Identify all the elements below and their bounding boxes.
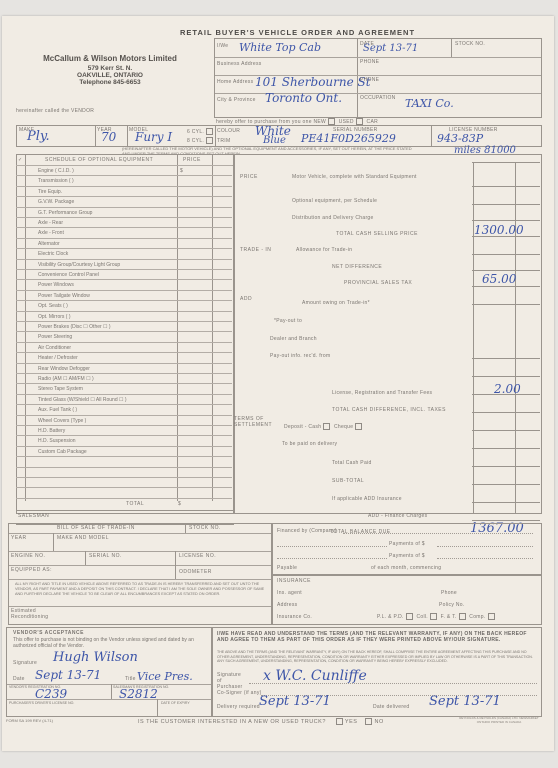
equipment-label: Rear Window Defogger <box>38 366 90 372</box>
vendor-signature[interactable]: Hugh Wilson <box>53 650 138 665</box>
line-insurance: If applicable ADD Insurance <box>332 496 402 502</box>
equipment-label: G.T. Performance Group <box>38 210 92 216</box>
each-month-label: of each month, commencing <box>371 565 441 571</box>
vehicle-year[interactable]: 70 <box>101 130 116 144</box>
equipment-label: Opt. Mirrors ( ) <box>38 314 71 320</box>
line-optional: Optional equipment, per Schedule <box>292 198 377 204</box>
schedule-total-label: TOTAL <box>126 501 144 507</box>
salesman-label: SALESMAN <box>18 513 49 519</box>
equipment-row[interactable] <box>16 487 232 498</box>
equipment-row[interactable] <box>16 477 232 488</box>
vendor-date[interactable]: Sept 13-71 <box>35 668 101 682</box>
stock-label: STOCK NO. <box>455 41 485 47</box>
city-province[interactable]: Toronto Ont. <box>265 91 342 105</box>
line-net-difference: NET DIFFERENCE <box>332 264 382 270</box>
line-total-cash-diff: TOTAL CASH DIFFERENCE, INCL. TAXES <box>332 407 446 413</box>
vehicle-row: MAKE Ply. YEAR 70 MODEL Fury I 6 CYL. 8 … <box>16 125 542 147</box>
payable-label: Payable <box>277 565 297 571</box>
vehicle-model[interactable]: Fury I <box>135 130 172 144</box>
offer-text: hereby offer to purchase from you one NE… <box>216 118 378 125</box>
pricing-grid-line <box>472 204 540 205</box>
equipment-row[interactable]: Opt. Seats ( ) <box>16 300 232 311</box>
check-column-header: ✓ <box>18 157 23 163</box>
pricing-grid-line <box>472 466 540 467</box>
trade-in-header: BILL OF SALE OF TRADE-IN <box>57 525 135 531</box>
equipment-label: Heater / Defroster <box>38 355 78 361</box>
pricing-grid-line <box>472 376 540 377</box>
equipment-label: Stereo Tape System <box>38 386 83 392</box>
equipment-row[interactable]: Alternator <box>16 238 232 249</box>
vehicle-make[interactable]: Ply. <box>27 129 50 144</box>
total-cash-value[interactable]: 1300.00 <box>474 223 524 237</box>
section-price: PRICE <box>240 174 258 180</box>
equipment-row[interactable]: Power Steering <box>16 331 232 342</box>
pricing-grid-line <box>472 448 540 449</box>
vehicle-order-form: RETAIL BUYER'S VEHICLE ORDER AND AGREEME… <box>2 16 554 751</box>
dealer-address: 579 Kerr St. N. <box>20 65 200 72</box>
eight-cyl-checkbox[interactable] <box>206 137 213 144</box>
equipment-row[interactable]: Power Brakes (Disc ☐ Other ☐ ) <box>16 321 232 332</box>
line-owing: Amount owing on Trade-in* <box>302 300 370 306</box>
price-dollar-sign: $ <box>180 168 183 174</box>
pricing-grid-line <box>472 484 540 485</box>
line-distribution: Distribution and Delivery Charge <box>292 215 374 221</box>
vendor-title-label: Title <box>125 676 136 682</box>
equipment-row[interactable]: H.D. Battery <box>16 425 232 436</box>
serial-number[interactable]: PE41F0D265929 <box>301 132 396 145</box>
equipment-label: Tinted Glass (W/Shield ☐ All Round ☐ ) <box>38 397 127 403</box>
equipment-row[interactable]: Radio (AM ☐ AM/FM ☐ ) <box>16 373 232 384</box>
line-dealer-branch: Dealer and Branch <box>270 336 317 342</box>
odometer-label: ODOMETER <box>179 569 212 575</box>
reconditioning-label: Estimated Reconditioning <box>11 608 51 620</box>
equipment-row[interactable]: Heater / Defroster <box>16 352 232 363</box>
dealer-block: McCallum & Wilson Motors Limited 579 Ker… <box>20 54 200 86</box>
trade-serial-label: SERIAL NO. <box>89 553 122 559</box>
insurance-coverage-options: P.L. & P.D. Coll. F. & T. Comp. <box>377 613 497 620</box>
equipment-row[interactable]: Axle - Rear <box>16 217 232 228</box>
equipment-row[interactable]: Wheel Covers (Type ) <box>16 415 232 426</box>
trim-label: TRIM <box>217 138 230 144</box>
ins-agent-label: Ins. agent <box>277 590 302 596</box>
printer-note: REYNOLDS & REYNOLDS (CANADA) LTD. NEWMAR… <box>454 716 544 724</box>
home-address-label: Home Address <box>217 79 253 85</box>
vehicle-trim[interactable]: Blue <box>263 135 286 146</box>
equipment-row[interactable] <box>16 467 232 478</box>
eight-cyl-option: 8 CYL. <box>187 137 215 144</box>
equipment-label: H.D. Suspension <box>38 438 76 444</box>
dealer-phone: Telephone 845-6653 <box>20 79 200 86</box>
equipment-label: Radio (AM ☐ AM/FM ☐ ) <box>38 376 94 382</box>
agreement-fine-print: THE ABOVE AND THE TERMS (AND THE RELEVAN… <box>217 650 537 664</box>
equipment-label: Power Steering <box>38 334 72 340</box>
cheque-checkbox[interactable] <box>355 423 362 430</box>
equipment-row[interactable]: Power Windows <box>16 279 232 290</box>
truck-yes-checkbox[interactable] <box>336 718 343 725</box>
fire-theft-checkbox[interactable] <box>459 613 466 620</box>
equipment-label: Axle - Front <box>38 230 64 236</box>
purchaser-signature-label: Signature of Purchaser <box>217 672 247 690</box>
colour-label: COLOUR <box>217 128 240 134</box>
delivery-required[interactable]: Sept 13-71 <box>259 694 331 709</box>
pricing-grid-line <box>472 162 540 163</box>
pricing-grid-line <box>472 186 540 187</box>
business-address-label: Business Address <box>217 61 262 67</box>
trade-equipped-label: EQUIPPED AS: <box>11 567 52 573</box>
occupation[interactable]: TAXI Co. <box>405 97 454 110</box>
six-cyl-option: 6 CYL. <box>187 128 215 135</box>
purchaser-signature[interactable]: x W.C. Cunliffe <box>263 668 367 684</box>
equipment-label: Electric Clock <box>38 251 68 257</box>
delivery-required-label: Delivery required <box>217 704 260 710</box>
salesman-reg[interactable]: S2812 <box>119 687 158 701</box>
collision-checkbox[interactable] <box>430 613 437 620</box>
equipment-row[interactable] <box>16 456 232 467</box>
line-total-paid: Total Cash Paid <box>332 460 372 466</box>
vendor-note: hereinafter called the VENDOR <box>16 108 94 114</box>
equipment-row[interactable]: Tire Equip. <box>16 186 232 197</box>
pricing-grid-line <box>472 502 540 503</box>
equipment-row[interactable]: Stereo Tape System <box>16 383 232 394</box>
occupation-label: OCCUPATION <box>360 95 396 101</box>
price-header: PRICE <box>183 157 201 163</box>
line-sales-tax: PROVINCIAL SALES TAX <box>344 280 412 286</box>
six-cyl-checkbox[interactable] <box>206 128 213 135</box>
drivers-license-label: PURCHASER'S DRIVER'S LICENSE NO. <box>9 701 74 705</box>
schedule-total-dollar: $ <box>178 501 181 507</box>
insurance-header: INSURANCE <box>277 578 311 584</box>
equipment-row[interactable]: Convenience Control Panel <box>16 269 232 280</box>
expiry-label: DATE OF EXPIRY <box>161 701 190 705</box>
date-delivered-label: Date delivered <box>373 704 409 710</box>
section-add: ADD <box>240 296 252 302</box>
equipment-label: Visibility Group/Courtesy Light Group <box>38 262 120 268</box>
equipment-row[interactable]: H.D. Suspension <box>16 435 232 446</box>
city-label: City & Province <box>217 97 256 103</box>
vendor-acceptance: VENDOR'S ACCEPTANCE This offer to purcha… <box>6 627 212 717</box>
phone-label-1: PHONE <box>360 59 379 65</box>
equipment-row[interactable]: Engine ( C.I.D. )$ <box>16 165 232 176</box>
pricing-grid-line <box>472 270 540 271</box>
line-subtotal: SUB-TOTAL <box>332 478 364 484</box>
order-date[interactable]: Sept 13-71 <box>363 43 418 54</box>
equipment-row[interactable] <box>16 498 232 509</box>
ins-company-label: Insurance Co. <box>277 614 312 620</box>
equipment-label: Power Brakes (Disc ☐ Other ☐ ) <box>38 324 111 330</box>
payments-label-1: Payments of $ <box>389 541 425 547</box>
pl-pd-checkbox[interactable] <box>406 613 413 620</box>
truck-no-checkbox[interactable] <box>365 718 372 725</box>
equipment-row[interactable]: Air Conditioner <box>16 342 232 353</box>
pricing-grid-line <box>472 358 540 359</box>
pricing-grid-line <box>472 430 540 431</box>
equipment-row[interactable]: Electric Clock <box>16 248 232 259</box>
truck-question: IS THE CUSTOMER INTERESTED IN A NEW OR U… <box>138 718 384 725</box>
trade-stock-label: STOCK NO. <box>189 525 221 531</box>
home-address[interactable]: 101 Sherbourne St <box>255 75 371 89</box>
license-fees-value[interactable]: 2.00 <box>494 382 521 396</box>
equipment-label: Wheel Covers (Type ) <box>38 418 86 424</box>
dealer-city: OAKVILLE, ONTARIO <box>20 72 200 79</box>
equipment-label: Air Conditioner <box>38 345 71 351</box>
equipment-row[interactable]: Tinted Glass (W/Shield ☐ All Round ☐ ) <box>16 394 232 405</box>
equipment-label: Alternator <box>38 241 60 247</box>
equipment-row[interactable]: Power Tailgate Window <box>16 290 232 301</box>
line-on-delivery: To be paid on delivery <box>282 441 337 447</box>
equipment-label: Axle - Rear <box>38 220 63 226</box>
vendor-signature-label: Signature <box>13 660 37 666</box>
ins-phone-label: Phone <box>441 590 457 596</box>
line-payout-info: Pay-out info. rec'd. from <box>270 353 330 359</box>
trade-legal: ALL MY RIGHT AND TITLE IN USED VEHICLE A… <box>15 582 267 597</box>
line-license-fees: License, Registration and Transfer Fees <box>332 390 432 396</box>
vendor-title[interactable]: Vice Pres. <box>137 670 193 683</box>
line-total-cash: TOTAL CASH SELLING PRICE <box>336 231 418 237</box>
equipment-label: Transmission ( ) <box>38 178 74 184</box>
equipment-label: Power Tailgate Window <box>38 293 90 299</box>
new-checkbox[interactable] <box>328 118 335 125</box>
equipment-row[interactable]: Opt. Mirrors ( ) <box>16 311 232 322</box>
line-motor-vehicle: Motor Vehicle, complete with Standard Eq… <box>292 174 432 180</box>
finance-section: Financed by (Company) Payments of $ Paym… <box>272 523 542 575</box>
section-trade-in: TRADE - IN <box>240 247 271 253</box>
trade-make-label: MAKE AND MODEL <box>57 535 109 541</box>
equipment-row[interactable]: Rear Window Defogger <box>16 363 232 374</box>
payments-label-2: Payments of $ <box>389 553 425 559</box>
equipment-row[interactable]: Axle - Front <box>16 227 232 238</box>
equipment-label: H.D. Battery <box>38 428 65 434</box>
agreement-heading: I/WE HAVE READ AND UNDERSTAND THE TERMS … <box>217 631 537 643</box>
cash-checkbox[interactable] <box>323 423 330 430</box>
trade-year-label: YEAR <box>11 535 27 541</box>
line-payout: *Pay-out to <box>274 318 302 324</box>
equipment-label: Power Windows <box>38 282 74 288</box>
vendor-reg[interactable]: C239 <box>35 687 67 701</box>
vendor-date-label: Date <box>13 676 25 682</box>
form-number: FORM SA 199 REV (4-71) <box>6 718 53 723</box>
date-delivered[interactable]: Sept 13-71 <box>429 694 501 709</box>
used-checkbox[interactable] <box>356 118 363 125</box>
equipment-row[interactable]: Aux. Fuel Tank ( ) <box>16 404 232 415</box>
trade-license-label: LICENSE NO. <box>179 553 216 559</box>
sales-tax-value[interactable]: 65.00 <box>482 272 516 286</box>
equipment-row[interactable]: Transmission ( ) <box>16 175 232 186</box>
section-terms: TERMS OF SETTLEMENT <box>234 416 274 428</box>
equipment-row[interactable]: G.V.W. Package <box>16 196 232 207</box>
deposit-options: Deposit - Cash Cheque <box>284 423 364 430</box>
line-finance: ADD - Finance Charges <box>368 513 427 519</box>
trade-in-section: BILL OF SALE OF TRADE-IN STOCK NO. YEAR … <box>8 523 272 625</box>
ins-address-label: Address <box>277 602 297 608</box>
pricing-grid-line <box>472 286 540 287</box>
name-label: I/We <box>217 43 228 49</box>
insurance-section: INSURANCE Ins. agent Phone Address Polic… <box>272 575 542 625</box>
pricing-grid-line <box>472 254 540 255</box>
purchaser-agreement: I/WE HAVE READ AND UNDERSTAND THE TERMS … <box>212 627 542 717</box>
buyer-box: I/We White Top Cab Business Address Home… <box>214 38 542 118</box>
phone-label-2: PHONE <box>360 77 379 83</box>
equipment-label: Engine ( C.I.D. ) <box>38 168 74 174</box>
license-number[interactable]: 943-83P <box>437 132 483 145</box>
dealer-name: McCallum & Wilson Motors Limited <box>20 54 200 63</box>
comprehensive-checkbox[interactable] <box>488 613 495 620</box>
equipment-label: Aux. Fuel Tank ( ) <box>38 407 77 413</box>
pricing-grid-line <box>472 304 540 305</box>
equipment-row[interactable]: Custom Cab Package <box>16 446 232 457</box>
ins-policy-label: Policy No. <box>439 602 465 608</box>
vendor-acceptance-text: This offer to purchase is not binding on… <box>13 637 207 649</box>
equipment-label: Tire Equip. <box>38 189 62 195</box>
equipment-label: Custom Cab Package <box>38 449 87 455</box>
equipment-label: G.V.W. Package <box>38 199 74 205</box>
cosigner-label: Co-Signer (if any) <box>217 690 262 696</box>
pricing-section <box>234 154 542 514</box>
equipment-row[interactable]: Visibility Group/Courtesy Light Group <box>16 259 232 270</box>
vendor-acceptance-header: VENDOR'S ACCEPTANCE <box>13 630 84 636</box>
buyer-name[interactable]: White Top Cab <box>239 41 321 54</box>
financed-by-label: Financed by (Company) <box>277 528 337 534</box>
equipment-label: Opt. Seats ( ) <box>38 303 68 309</box>
equipment-label: Convenience Control Panel <box>38 272 99 278</box>
pricing-grid-line <box>472 220 540 221</box>
equipment-row[interactable]: G.T. Performance Group <box>16 207 232 218</box>
pricing-grid-line <box>472 412 540 413</box>
form-title: RETAIL BUYER'S VEHICLE ORDER AND AGREEME… <box>180 28 415 37</box>
trade-engine-label: ENGINE NO. <box>11 553 45 559</box>
schedule-header: SCHEDULE OF OPTIONAL EQUIPMENT <box>45 157 153 163</box>
line-allowance: Allowance for Trade-in <box>296 247 352 253</box>
